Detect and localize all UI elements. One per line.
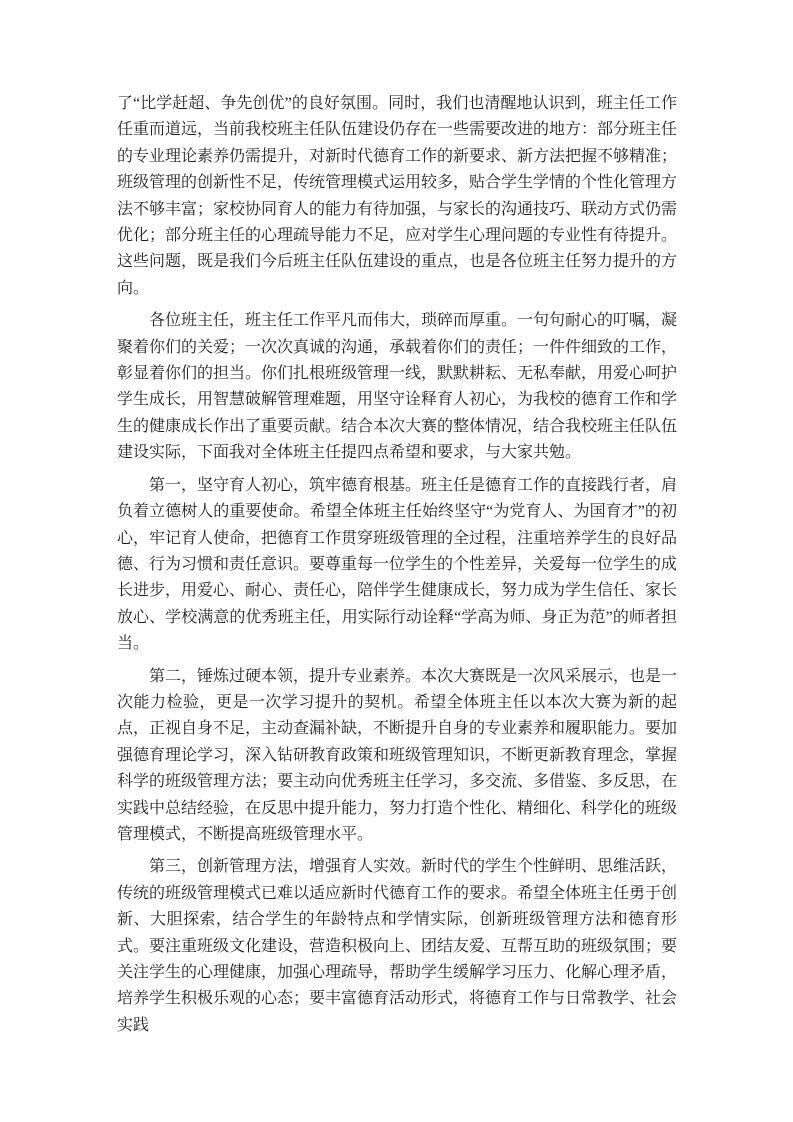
document-text-block: 了“比学赶超、争先创优”的良好氛围。同时，我们也清醒地认识到，班主任工作任重而道… [117,91,677,1039]
paragraph-address-to-teachers: 各位班主任，班主任工作平凡而伟大，琐碎而厚重。一句句耐心的叮嘱，凝聚着你们的关爱… [117,308,677,466]
paragraph-point-two: 第二，锤炼过硬本领，提升专业素养。本次大赛既是一次风采展示，也是一次能力检验，更… [117,664,677,849]
paragraph-continuation: 了“比学赶超、争先创优”的良好氛围。同时，我们也清醒地认识到，班主任工作任重而道… [117,91,677,302]
paragraph-point-one: 第一，坚守育人初心，筑牢德育根基。班主任是德育工作的直接践行者，肩负着立德树人的… [117,473,677,658]
document-page: 了“比学赶超、争先创优”的良好氛围。同时，我们也清醒地认识到，班主任工作任重而道… [0,0,793,1122]
paragraph-point-three: 第三，创新管理方法，增强育人实效。新时代的学生个性鲜明、思维活跃，传统的班级管理… [117,854,677,1039]
